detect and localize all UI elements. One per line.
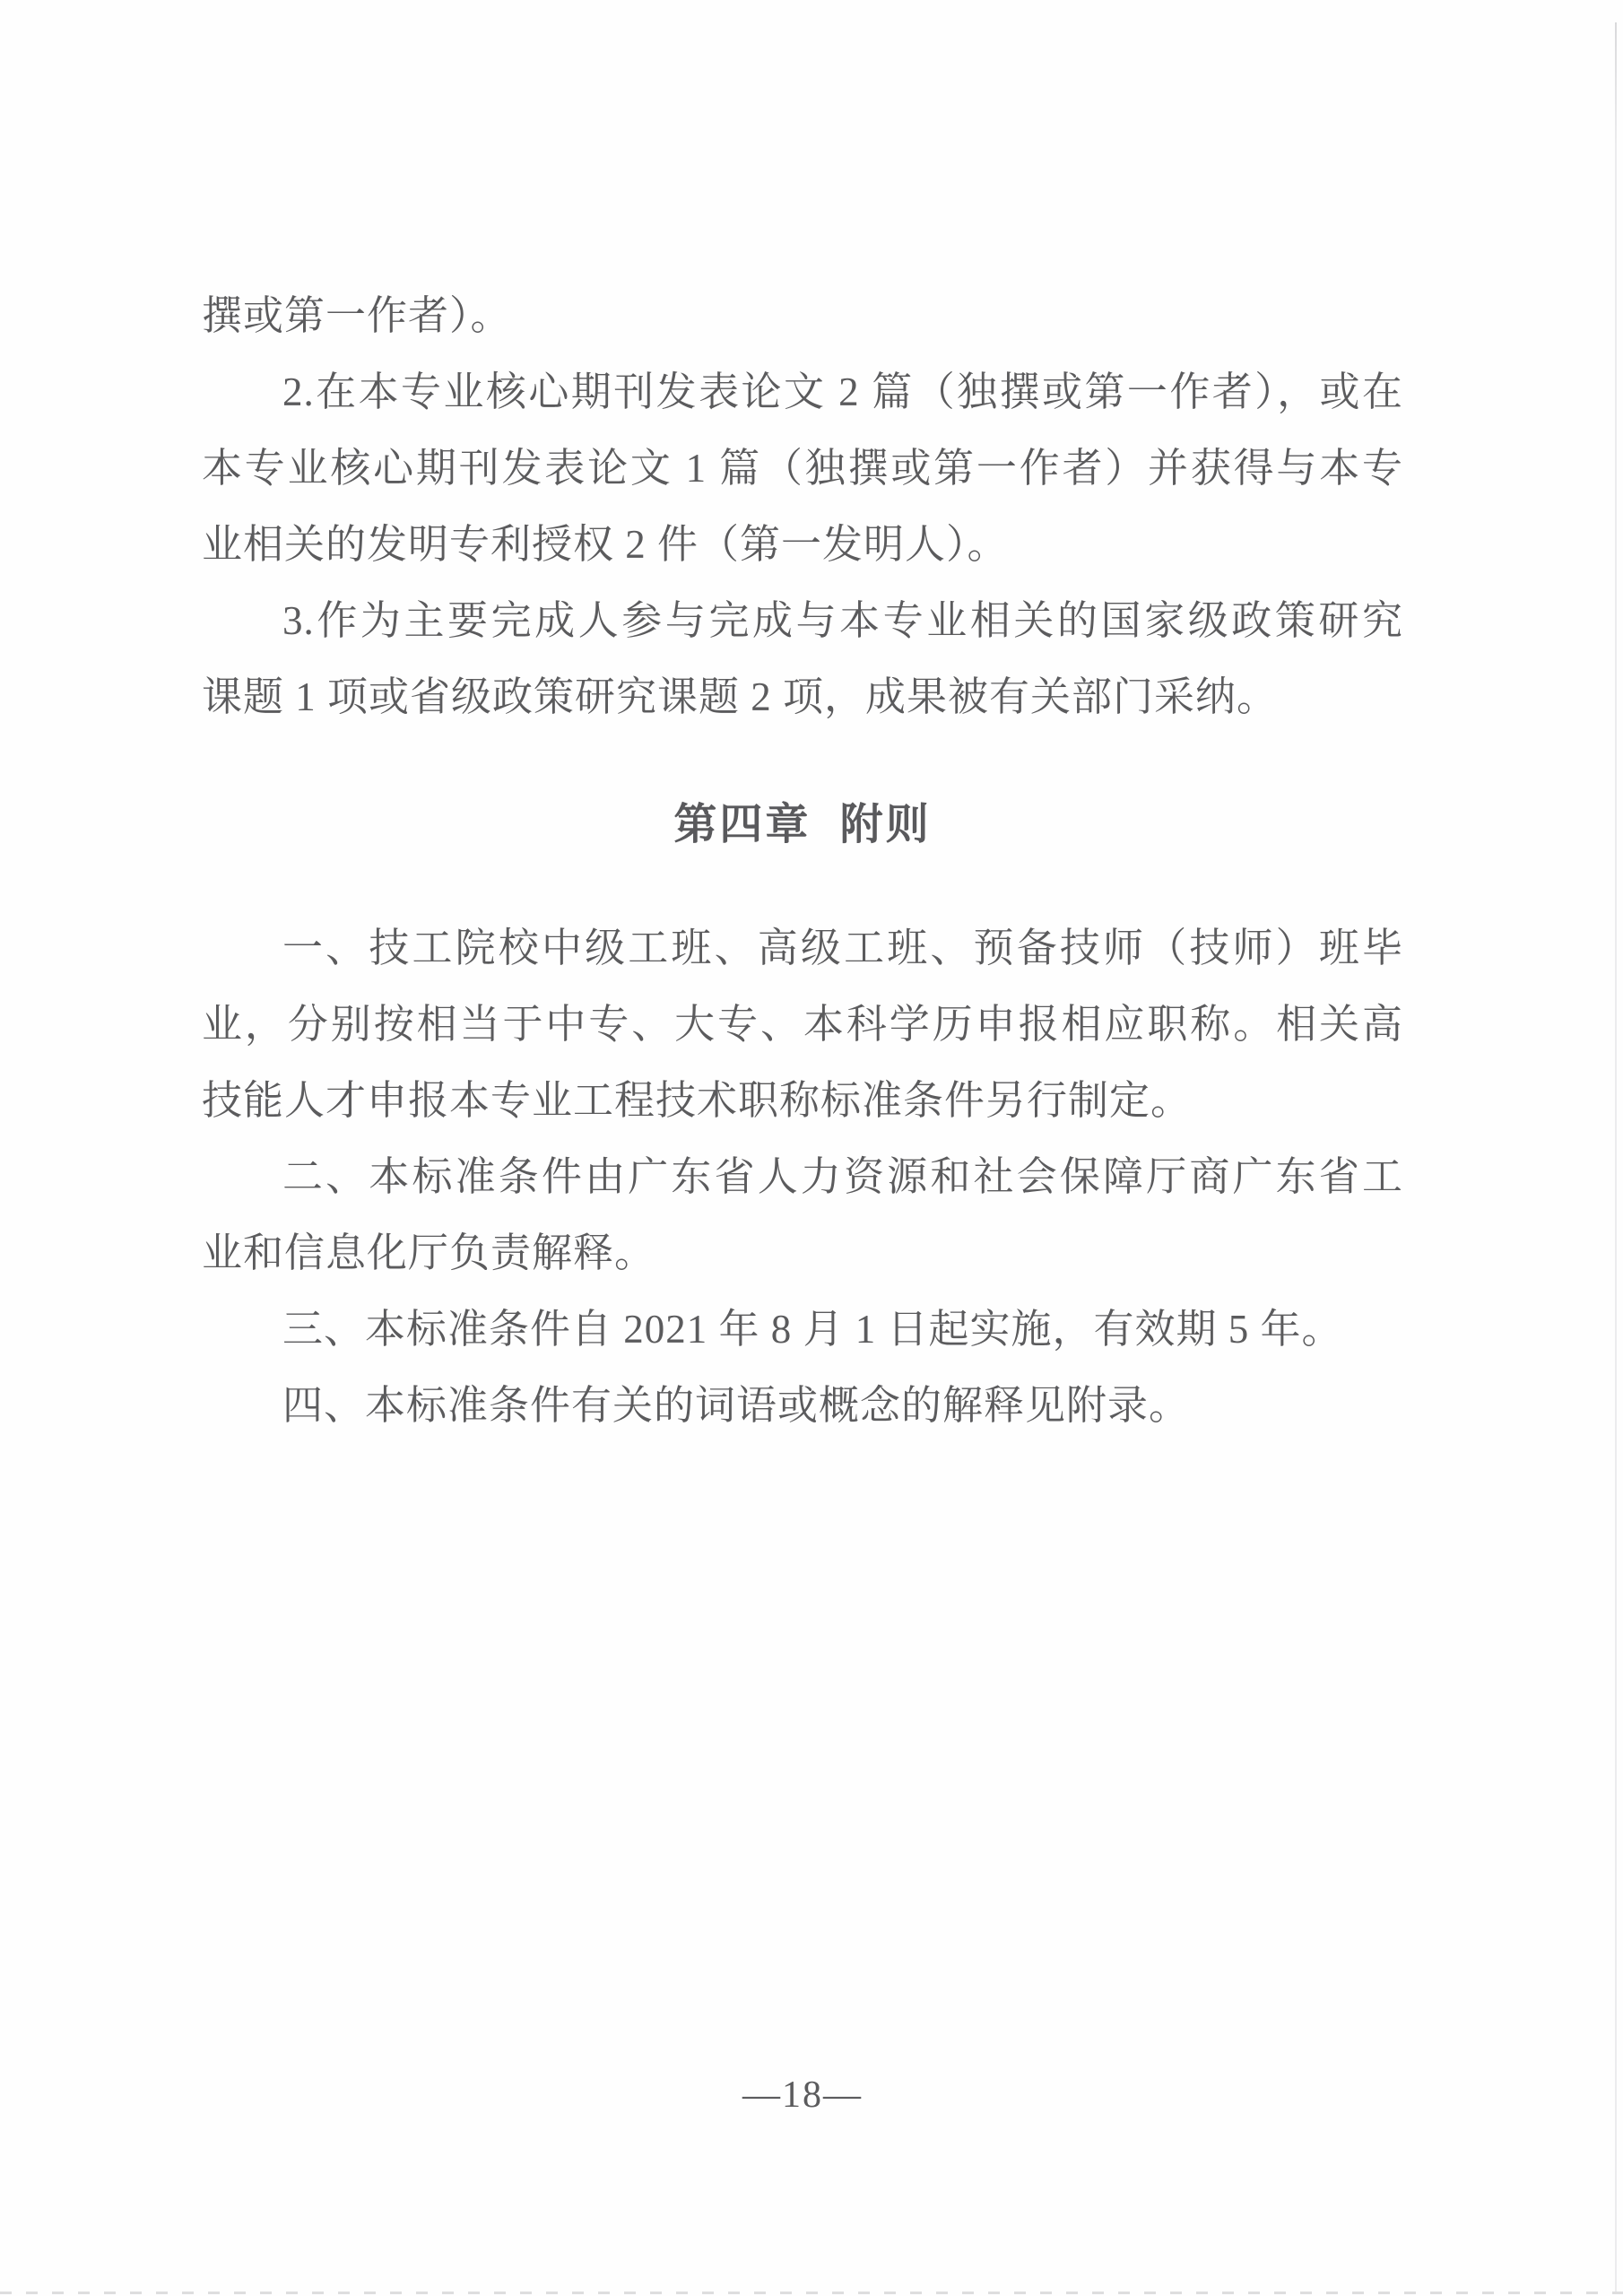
body-line: 本专业核心期刊发表论文 1 篇（独撰或第一作者）并获得与本专 — [202, 430, 1403, 507]
paragraph-article-2: 二、本标准条件由广东省人力资源和社会保障厅商广东省工 业和信息化厅负责解释。 — [202, 1139, 1403, 1291]
body-line: 三、本标准条件自 2021 年 8 月 1 日起实施，有效期 5 年。 — [202, 1291, 1403, 1368]
body-line: 课题 1 项或省级政策研究课题 2 项，成果被有关部门采纳。 — [202, 659, 1403, 735]
chapter-heading: 第四章 附则 — [202, 787, 1403, 863]
body-line: 技能人才申报本专业工程技术职称标准条件另行制定。 — [202, 1063, 1403, 1139]
body-line: 二、本标准条件由广东省人力资源和社会保障厅商广东省工 — [202, 1139, 1403, 1215]
paragraph-clause-3: 3.作为主要完成人参与完成与本专业相关的国家级政策研究 课题 1 项或省级政策研… — [202, 583, 1403, 735]
page-content: 撰或第一作者）。 2.在本专业核心期刊发表论文 2 篇（独撰或第一作者），或在 … — [202, 278, 1403, 1444]
body-line: 四、本标准条件有关的词语或概念的解释见附录。 — [202, 1368, 1403, 1444]
paragraph-continuation: 撰或第一作者）。 — [202, 278, 1403, 354]
body-line: 业和信息化厅负责解释。 — [202, 1215, 1403, 1291]
body-line: 2.在本专业核心期刊发表论文 2 篇（独撰或第一作者），或在 — [202, 354, 1403, 430]
document-page: 撰或第一作者）。 2.在本专业核心期刊发表论文 2 篇（独撰或第一作者），或在 … — [0, 0, 1623, 2296]
scan-bottom-artifact — [0, 2292, 1623, 2294]
paragraph-article-4: 四、本标准条件有关的词语或概念的解释见附录。 — [202, 1368, 1403, 1444]
paragraph-article-3: 三、本标准条件自 2021 年 8 月 1 日起实施，有效期 5 年。 — [202, 1291, 1403, 1368]
body-line: 一、技工院校中级工班、高级工班、预备技师（技师）班毕 — [202, 910, 1403, 987]
body-line: 业，分别按相当于中专、大专、本科学历申报相应职称。相关高 — [202, 987, 1403, 1063]
body-line: 撰或第一作者）。 — [202, 278, 1403, 354]
page-number: —18— — [202, 2070, 1403, 2120]
scan-edge-artifact — [1615, 22, 1617, 2292]
body-line: 业相关的发明专利授权 2 件（第一发明人）。 — [202, 507, 1403, 583]
paragraph-article-1: 一、技工院校中级工班、高级工班、预备技师（技师）班毕 业，分别按相当于中专、大专… — [202, 910, 1403, 1139]
paragraph-clause-2: 2.在本专业核心期刊发表论文 2 篇（独撰或第一作者），或在 本专业核心期刊发表… — [202, 354, 1403, 583]
body-line: 3.作为主要完成人参与完成与本专业相关的国家级政策研究 — [202, 583, 1403, 659]
